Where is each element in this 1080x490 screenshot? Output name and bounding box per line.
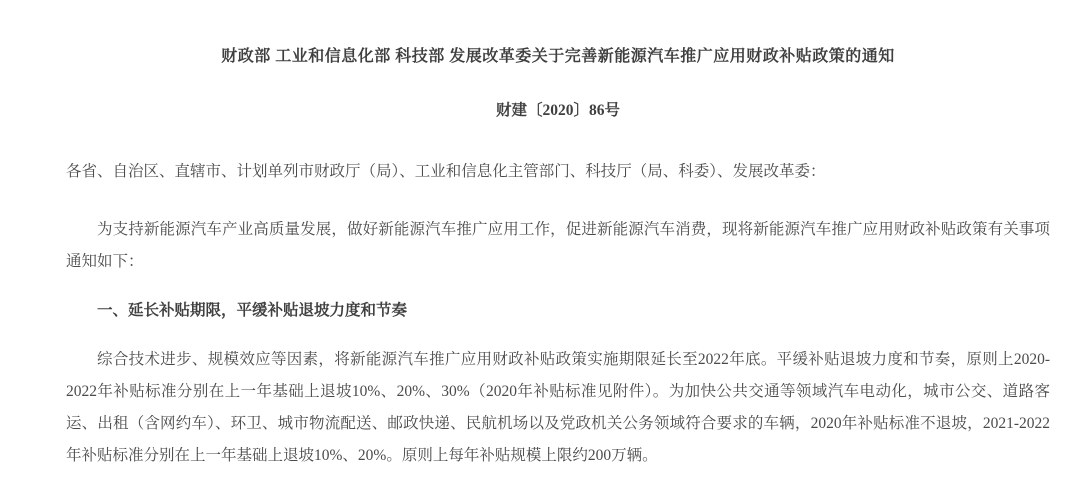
salutation-line: 各省、自治区、直辖市、计划单列市财政厅（局）、工业和信息化主管部门、科技厅（局、…: [66, 156, 1050, 188]
document-title: 财政部 工业和信息化部 科技部 发展改革委关于完善新能源汽车推广应用财政补贴政策…: [66, 0, 1050, 73]
document-number: 财建〔2020〕86号: [66, 95, 1050, 127]
document-page: 财政部 工业和信息化部 科技部 发展改革委关于完善新能源汽车推广应用财政补贴政策…: [0, 0, 1080, 490]
section-1-paragraph: 综合技术进步、规模效应等因素，将新能源汽车推广应用财政补贴政策实施期限延长至20…: [66, 344, 1050, 472]
intro-paragraph: 为支持新能源汽车产业高质量发展，做好新能源汽车推广应用工作，促进新能源汽车消费，…: [66, 214, 1050, 278]
section-1-heading: 一、延长补贴期限，平缓补贴退坡力度和节奏: [66, 295, 1050, 327]
